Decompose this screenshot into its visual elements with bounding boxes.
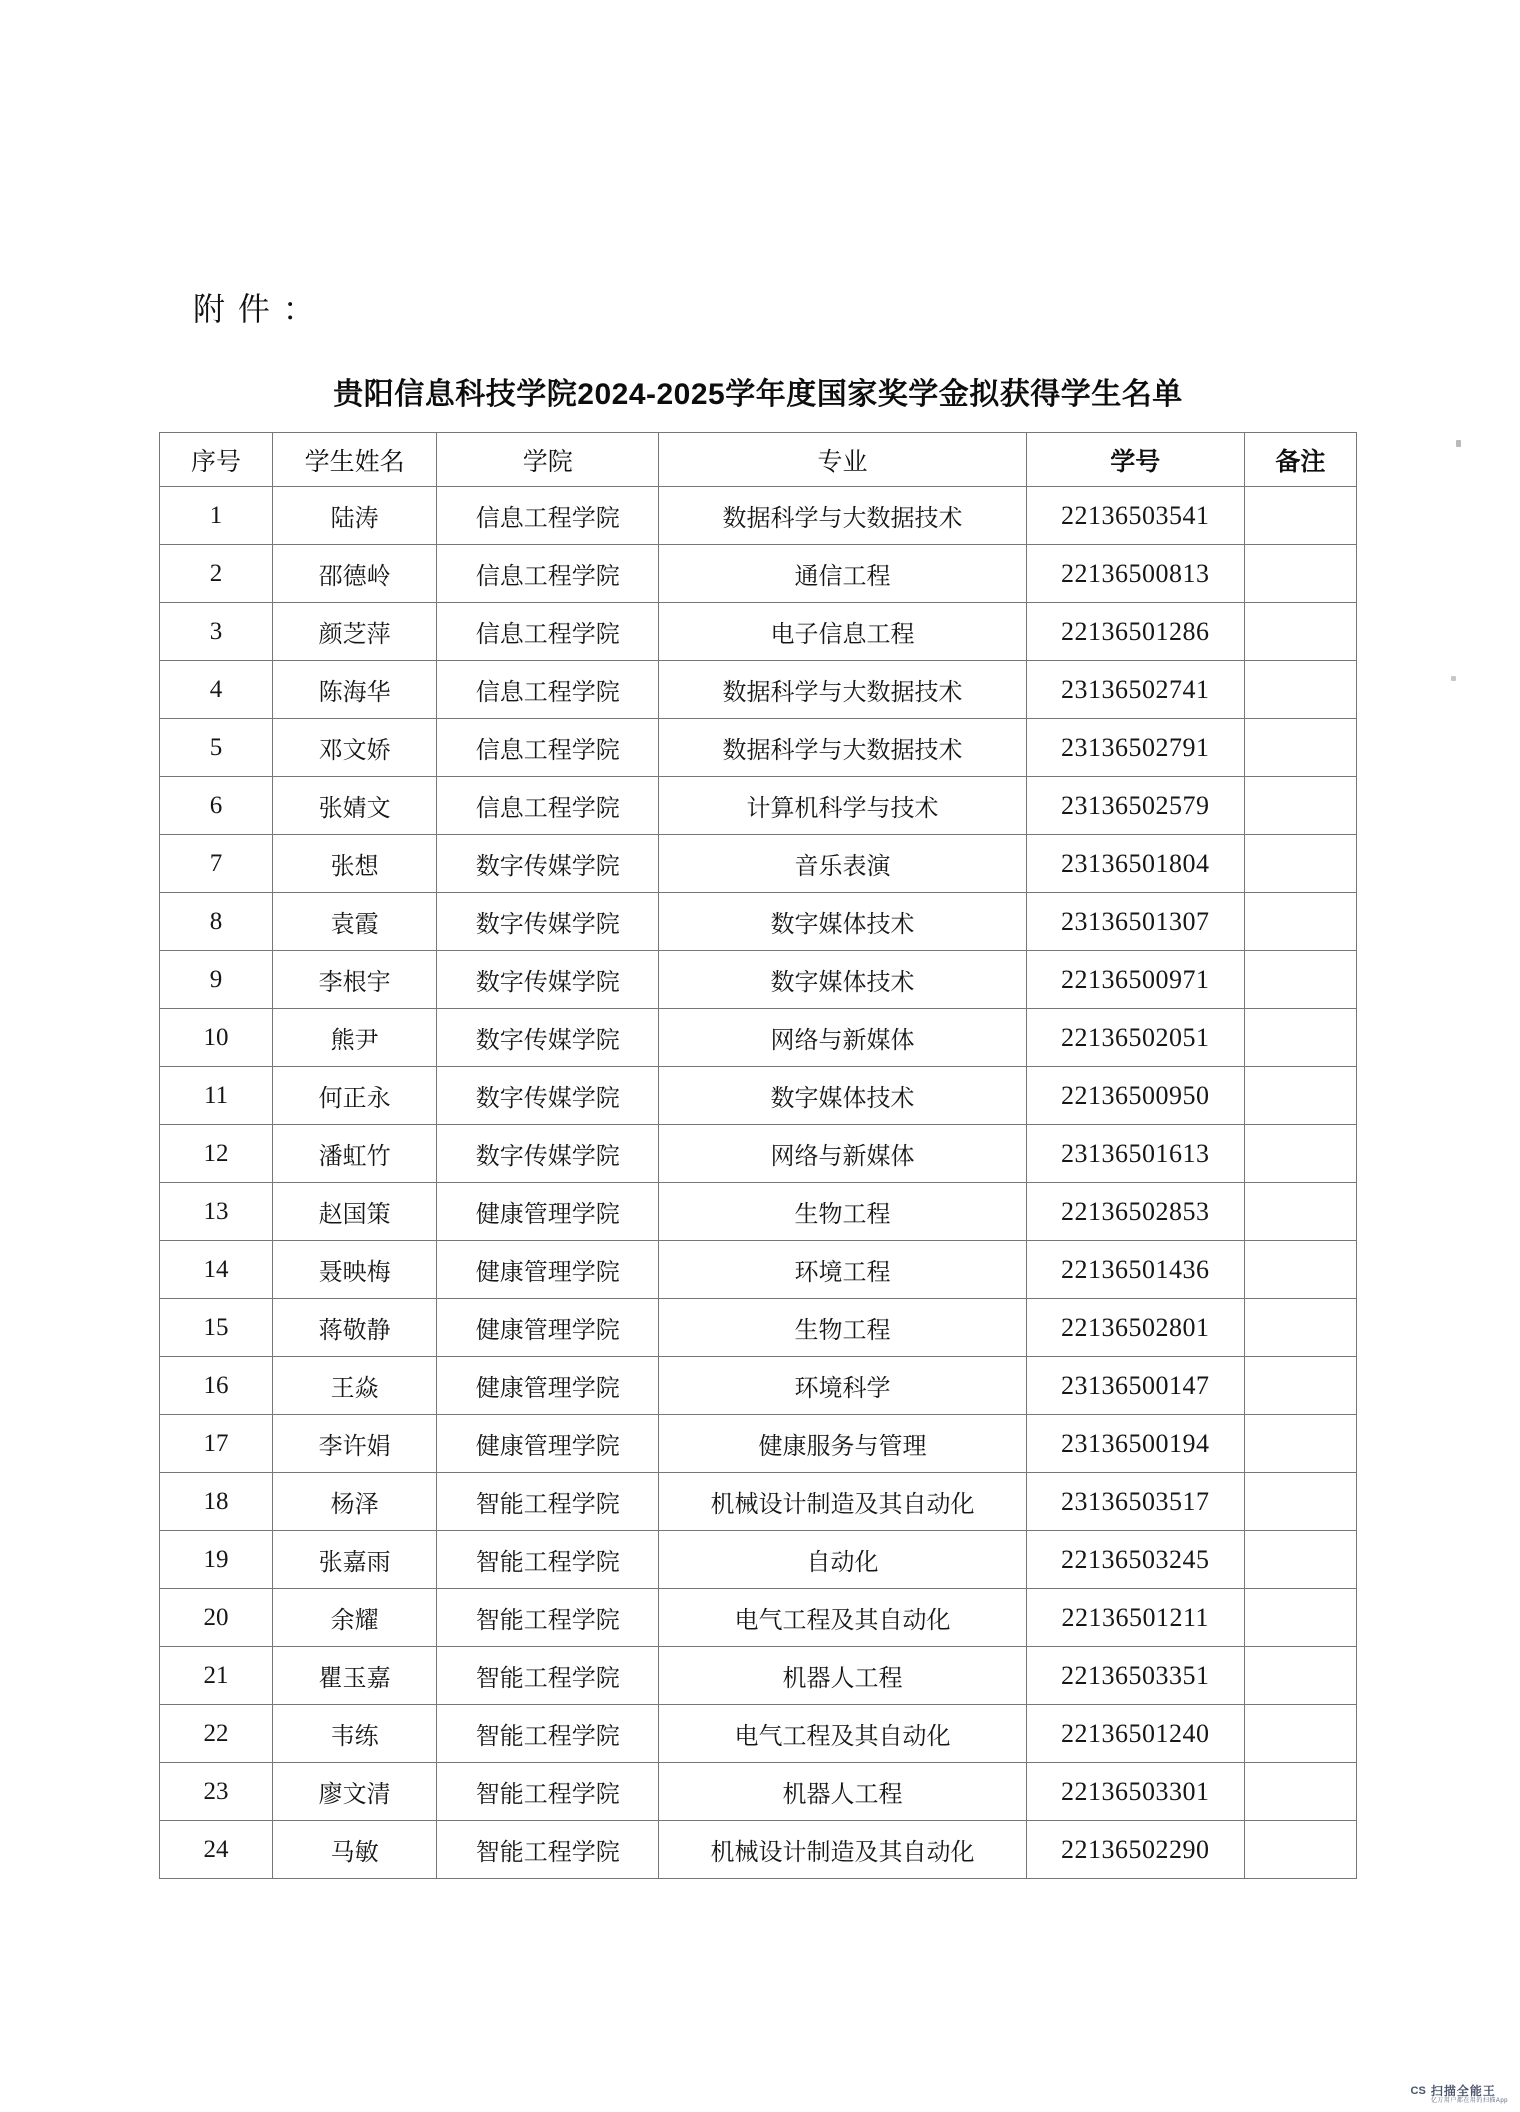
cell-no: 8 (160, 893, 273, 951)
cell-student-id: 22136502801 (1026, 1299, 1244, 1357)
cell-student-id: 22136503301 (1026, 1763, 1244, 1821)
cell-student-name: 熊尹 (273, 1009, 437, 1067)
cell-major: 数字媒体技术 (659, 893, 1026, 951)
cell-college: 智能工程学院 (437, 1531, 659, 1589)
cell-remark (1244, 1067, 1356, 1125)
document-page: 附 件 ： 贵阳信息科技学院2024-2025学年度国家奖学金拟获得学生名单 序… (0, 0, 1520, 2112)
cell-student-id: 23136502741 (1026, 661, 1244, 719)
cell-no: 12 (160, 1125, 273, 1183)
cell-major: 电子信息工程 (659, 603, 1026, 661)
cell-student-name: 何正永 (273, 1067, 437, 1125)
cell-college: 健康管理学院 (437, 1415, 659, 1473)
cell-no: 4 (160, 661, 273, 719)
cell-college: 健康管理学院 (437, 1357, 659, 1415)
cell-no: 19 (160, 1531, 273, 1589)
cell-college: 数字传媒学院 (437, 1067, 659, 1125)
cell-college: 智能工程学院 (437, 1647, 659, 1705)
cell-student-id: 23136502579 (1026, 777, 1244, 835)
cell-remark (1244, 1357, 1356, 1415)
cell-student-name: 陆涛 (273, 487, 437, 545)
cell-student-name: 陈海华 (273, 661, 437, 719)
cell-college: 健康管理学院 (437, 1241, 659, 1299)
cell-remark (1244, 1183, 1356, 1241)
cell-student-id: 22136502051 (1026, 1009, 1244, 1067)
cell-major: 机器人工程 (659, 1763, 1026, 1821)
cell-no: 22 (160, 1705, 273, 1763)
cell-student-name: 张婧文 (273, 777, 437, 835)
cell-college: 信息工程学院 (437, 487, 659, 545)
cell-student-id: 22136503245 (1026, 1531, 1244, 1589)
cell-major: 环境科学 (659, 1357, 1026, 1415)
table-row: 12潘虹竹数字传媒学院网络与新媒体23136501613 (160, 1125, 1357, 1183)
cell-student-id: 22136500950 (1026, 1067, 1244, 1125)
table-row: 23廖文清智能工程学院机器人工程22136503301 (160, 1763, 1357, 1821)
cell-no: 5 (160, 719, 273, 777)
cell-no: 13 (160, 1183, 273, 1241)
cell-college: 信息工程学院 (437, 545, 659, 603)
cell-student-id: 22136501240 (1026, 1705, 1244, 1763)
cell-remark (1244, 1531, 1356, 1589)
cell-major: 音乐表演 (659, 835, 1026, 893)
cell-remark (1244, 951, 1356, 1009)
cell-student-id: 23136501613 (1026, 1125, 1244, 1183)
camscanner-watermark-subtext: 亿万用户都在用的扫描App (1431, 2098, 1508, 2105)
cell-no: 1 (160, 487, 273, 545)
table-row: 22韦练智能工程学院电气工程及其自动化22136501240 (160, 1705, 1357, 1763)
cell-no: 3 (160, 603, 273, 661)
table-row: 18杨泽智能工程学院机械设计制造及其自动化23136503517 (160, 1473, 1357, 1531)
cell-major: 自动化 (659, 1531, 1026, 1589)
cell-student-name: 颜芝萍 (273, 603, 437, 661)
table-row: 11何正永数字传媒学院数字媒体技术22136500950 (160, 1067, 1357, 1125)
cell-no: 9 (160, 951, 273, 1009)
cell-student-name: 韦练 (273, 1705, 437, 1763)
cell-college: 信息工程学院 (437, 603, 659, 661)
cell-student-name: 李许娟 (273, 1415, 437, 1473)
cell-student-id: 23136500147 (1026, 1357, 1244, 1415)
table-row: 7张想数字传媒学院音乐表演23136501804 (160, 835, 1357, 893)
cell-major: 网络与新媒体 (659, 1125, 1026, 1183)
cell-major: 电气工程及其自动化 (659, 1589, 1026, 1647)
cell-college: 数字传媒学院 (437, 951, 659, 1009)
table-row: 6张婧文信息工程学院计算机科学与技术23136502579 (160, 777, 1357, 835)
cell-no: 14 (160, 1241, 273, 1299)
cell-no: 16 (160, 1357, 273, 1415)
table-row: 13赵国策健康管理学院生物工程22136502853 (160, 1183, 1357, 1241)
cell-remark (1244, 1473, 1356, 1531)
cell-student-name: 余耀 (273, 1589, 437, 1647)
cell-remark (1244, 1241, 1356, 1299)
cell-student-id: 22136501436 (1026, 1241, 1244, 1299)
table-row: 21瞿玉嘉智能工程学院机器人工程22136503351 (160, 1647, 1357, 1705)
cell-student-name: 邵德岭 (273, 545, 437, 603)
cell-major: 数据科学与大数据技术 (659, 719, 1026, 777)
cell-remark (1244, 1009, 1356, 1067)
cell-major: 机器人工程 (659, 1647, 1026, 1705)
cell-no: 18 (160, 1473, 273, 1531)
cell-no: 15 (160, 1299, 273, 1357)
cell-college: 信息工程学院 (437, 719, 659, 777)
cell-college: 智能工程学院 (437, 1705, 659, 1763)
cell-remark (1244, 835, 1356, 893)
cell-major: 数字媒体技术 (659, 951, 1026, 1009)
cell-student-name: 马敏 (273, 1821, 437, 1879)
cell-major: 健康服务与管理 (659, 1415, 1026, 1473)
col-header-college: 学院 (437, 433, 659, 487)
cell-student-name: 张嘉雨 (273, 1531, 437, 1589)
cell-student-id: 22136500971 (1026, 951, 1244, 1009)
cell-major: 电气工程及其自动化 (659, 1705, 1026, 1763)
cell-student-id: 23136502791 (1026, 719, 1244, 777)
cell-college: 信息工程学院 (437, 661, 659, 719)
col-header-major: 专业 (659, 433, 1026, 487)
cell-student-id: 23136501307 (1026, 893, 1244, 951)
col-header-no: 序号 (160, 433, 273, 487)
cell-student-id: 22136503351 (1026, 1647, 1244, 1705)
cell-remark (1244, 1763, 1356, 1821)
cell-student-name: 李根宇 (273, 951, 437, 1009)
cell-student-id: 22136500813 (1026, 545, 1244, 603)
cell-remark (1244, 1821, 1356, 1879)
col-header-student-name: 学生姓名 (273, 433, 437, 487)
cell-no: 20 (160, 1589, 273, 1647)
cell-student-id: 23136501804 (1026, 835, 1244, 893)
cell-student-name: 潘虹竹 (273, 1125, 437, 1183)
cell-college: 健康管理学院 (437, 1183, 659, 1241)
table-row: 3颜芝萍信息工程学院电子信息工程22136501286 (160, 603, 1357, 661)
table-row: 2邵德岭信息工程学院通信工程22136500813 (160, 545, 1357, 603)
table-row: 9李根宇数字传媒学院数字媒体技术22136500971 (160, 951, 1357, 1009)
cell-major: 机械设计制造及其自动化 (659, 1821, 1026, 1879)
cell-remark (1244, 1299, 1356, 1357)
cell-major: 数据科学与大数据技术 (659, 661, 1026, 719)
camscanner-watermark: CS 扫描全能王 亿万用户都在用的扫描App (1411, 2085, 1508, 2105)
document-title: 贵阳信息科技学院2024-2025学年度国家奖学金拟获得学生名单 (159, 369, 1357, 413)
cell-student-name: 蒋敬静 (273, 1299, 437, 1357)
cell-college: 智能工程学院 (437, 1473, 659, 1531)
camscanner-watermark-text: 扫描全能王 (1431, 2085, 1496, 2098)
cell-major: 计算机科学与技术 (659, 777, 1026, 835)
cell-no: 10 (160, 1009, 273, 1067)
cell-student-name: 瞿玉嘉 (273, 1647, 437, 1705)
cell-college: 智能工程学院 (437, 1763, 659, 1821)
cell-major: 网络与新媒体 (659, 1009, 1026, 1067)
table-row: 1陆涛信息工程学院数据科学与大数据技术22136503541 (160, 487, 1357, 545)
table-row: 8袁霞数字传媒学院数字媒体技术23136501307 (160, 893, 1357, 951)
cell-college: 智能工程学院 (437, 1589, 659, 1647)
attachment-label: 附 件 ： (193, 284, 317, 330)
table-row: 14聂映梅健康管理学院环境工程22136501436 (160, 1241, 1357, 1299)
cell-no: 21 (160, 1647, 273, 1705)
cell-major: 数据科学与大数据技术 (659, 487, 1026, 545)
cell-student-id: 22136501211 (1026, 1589, 1244, 1647)
scan-artifact-speck (1456, 440, 1461, 447)
cell-college: 智能工程学院 (437, 1821, 659, 1879)
cell-major: 生物工程 (659, 1183, 1026, 1241)
cell-student-name: 袁霞 (273, 893, 437, 951)
table-row: 5邓文娇信息工程学院数据科学与大数据技术23136502791 (160, 719, 1357, 777)
cell-student-id: 22136501286 (1026, 603, 1244, 661)
cell-student-name: 王焱 (273, 1357, 437, 1415)
cell-no: 6 (160, 777, 273, 835)
cell-student-id: 22136502853 (1026, 1183, 1244, 1241)
cell-no: 24 (160, 1821, 273, 1879)
cell-student-name: 廖文清 (273, 1763, 437, 1821)
cell-student-name: 赵国策 (273, 1183, 437, 1241)
cell-college: 数字传媒学院 (437, 835, 659, 893)
cell-college: 数字传媒学院 (437, 1009, 659, 1067)
table-row: 4陈海华信息工程学院数据科学与大数据技术23136502741 (160, 661, 1357, 719)
cell-remark (1244, 1705, 1356, 1763)
col-header-student-id: 学号 (1026, 433, 1244, 487)
scan-artifact-speck (1451, 676, 1456, 681)
cell-no: 23 (160, 1763, 273, 1821)
cell-student-name: 张想 (273, 835, 437, 893)
table-row: 16王焱健康管理学院环境科学23136500147 (160, 1357, 1357, 1415)
cell-college: 数字传媒学院 (437, 1125, 659, 1183)
camscanner-logo-icon: CS (1411, 2085, 1426, 2098)
cell-student-name: 杨泽 (273, 1473, 437, 1531)
cell-student-id: 23136503517 (1026, 1473, 1244, 1531)
cell-remark (1244, 893, 1356, 951)
table-row: 19张嘉雨智能工程学院自动化22136503245 (160, 1531, 1357, 1589)
col-header-remark: 备注 (1244, 433, 1356, 487)
cell-student-name: 聂映梅 (273, 1241, 437, 1299)
table-row: 17李许娟健康管理学院健康服务与管理23136500194 (160, 1415, 1357, 1473)
cell-student-id: 23136500194 (1026, 1415, 1244, 1473)
cell-no: 2 (160, 545, 273, 603)
students-table: 序号学生姓名学院专业学号备注 1陆涛信息工程学院数据科学与大数据技术221365… (159, 432, 1357, 1879)
cell-major: 机械设计制造及其自动化 (659, 1473, 1026, 1531)
table-row: 20余耀智能工程学院电气工程及其自动化22136501211 (160, 1589, 1357, 1647)
cell-remark (1244, 661, 1356, 719)
cell-remark (1244, 487, 1356, 545)
cell-remark (1244, 545, 1356, 603)
cell-remark (1244, 777, 1356, 835)
cell-remark (1244, 1125, 1356, 1183)
cell-student-id: 22136502290 (1026, 1821, 1244, 1879)
cell-remark (1244, 603, 1356, 661)
cell-no: 7 (160, 835, 273, 893)
cell-remark (1244, 1589, 1356, 1647)
cell-student-id: 22136503541 (1026, 487, 1244, 545)
table-row: 24马敏智能工程学院机械设计制造及其自动化22136502290 (160, 1821, 1357, 1879)
cell-remark (1244, 1647, 1356, 1705)
cell-college: 健康管理学院 (437, 1299, 659, 1357)
cell-no: 17 (160, 1415, 273, 1473)
cell-major: 数字媒体技术 (659, 1067, 1026, 1125)
table-row: 10熊尹数字传媒学院网络与新媒体22136502051 (160, 1009, 1357, 1067)
cell-no: 11 (160, 1067, 273, 1125)
cell-college: 信息工程学院 (437, 777, 659, 835)
table-row: 15蒋敬静健康管理学院生物工程22136502801 (160, 1299, 1357, 1357)
cell-major: 生物工程 (659, 1299, 1026, 1357)
cell-major: 环境工程 (659, 1241, 1026, 1299)
cell-college: 数字传媒学院 (437, 893, 659, 951)
cell-remark (1244, 719, 1356, 777)
table-header-row: 序号学生姓名学院专业学号备注 (160, 433, 1357, 487)
cell-student-name: 邓文娇 (273, 719, 437, 777)
cell-major: 通信工程 (659, 545, 1026, 603)
cell-remark (1244, 1415, 1356, 1473)
